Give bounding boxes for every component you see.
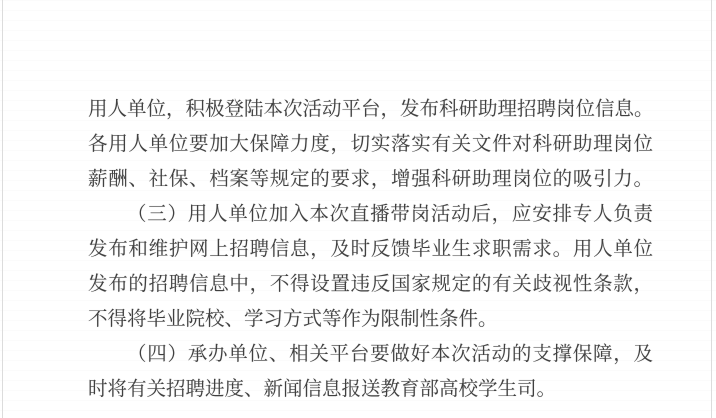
page-edge-right [711, 0, 712, 418]
document-line: 各用人单位要加大保障力度，切实落实有关文件对科研助理岗位 [88, 127, 653, 162]
document-line: 发布的招聘信息中，不得设置违反国家规定的有关歧视性条款， [88, 267, 653, 302]
document-line: 薪酬、社保、档案等规定的要求，增强科研助理岗位的吸引力。 [88, 162, 653, 197]
document-line: 不得将毕业院校、学习方式等作为限制性条件。 [88, 302, 653, 337]
page-edge-left [2, 0, 3, 418]
document-line: （四）承办单位、相关平台要做好本次活动的支撑保障，及 [88, 337, 653, 372]
document-line: 发布和维护网上招聘信息，及时反馈毕业生求职需求。用人单位 [88, 232, 653, 267]
document-line: （三）用人单位加入本次直播带岗活动后，应安排专人负责 [88, 197, 653, 232]
document-line: 时将有关招聘进度、新闻信息报送教育部高校学生司。 [88, 372, 653, 407]
document-line: 用人单位，积极登陆本次活动平台，发布科研助理招聘岗位信息。 [88, 92, 653, 127]
document-text-block: 用人单位，积极登陆本次活动平台，发布科研助理招聘岗位信息。 各用人单位要加大保障… [88, 92, 653, 407]
document-page: 用人单位，积极登陆本次活动平台，发布科研助理招聘岗位信息。 各用人单位要加大保障… [0, 0, 716, 418]
